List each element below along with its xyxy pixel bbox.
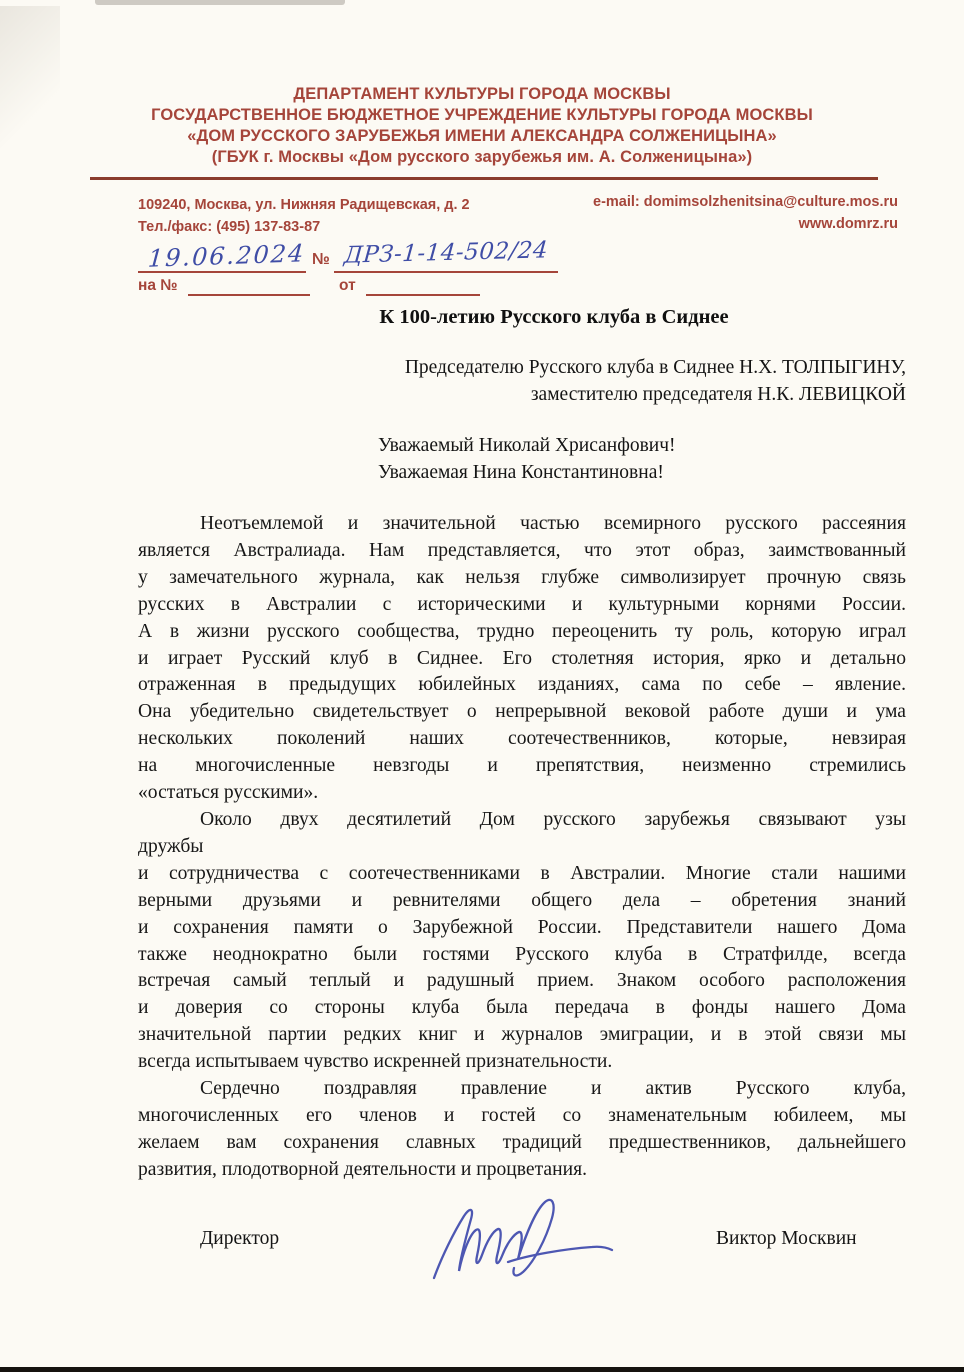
paragraph-3: Сердечно поздравляя правление и актив Ру… [138, 1076, 906, 1184]
body-line: Сердечно поздравляя правление и актив Ру… [138, 1076, 906, 1103]
salutation-line: Уважаемый Николай Хрисанфович! [378, 432, 676, 459]
body-line: отраженная в предыдущих юбилейных издани… [138, 672, 906, 699]
reply-to-label: на № [138, 277, 178, 295]
letter-body: Неотъемлемой и значительной частью всеми… [138, 511, 906, 1184]
body-line: также неоднократно были гостями Русского… [138, 942, 906, 969]
body-line: и сотрудничества с соотечественниками в … [138, 861, 906, 888]
salutation-block: Уважаемый Николай Хрисанфович!Уважаемая … [378, 432, 676, 486]
contact-block-right: e-mail: domimsolzhenitsina@culture.mos.r… [593, 191, 898, 235]
body-line: Неотъемлемой и значительной частью всеми… [138, 511, 906, 538]
body-line: желаем вам сохранения славных традиций п… [138, 1130, 906, 1157]
body-line: «остаться русскими». [138, 780, 906, 807]
letterhead-line: ДЕПАРТАМЕНТ КУЛЬТУРЫ ГОРОДА МОСКВЫ [0, 84, 964, 105]
addressee-line-2: заместителю председателя Н.К. ЛЕВИЦКОЙ [405, 381, 906, 408]
body-line: Она убедительно свидетельствует о непрер… [138, 699, 906, 726]
letterhead-line: ГОСУДАРСТВЕННОЕ БЮДЖЕТНОЕ УЧРЕЖДЕНИЕ КУЛ… [0, 105, 964, 126]
addressee-block: Председателю Русского клуба в Сиднее Н.Х… [405, 354, 906, 408]
addressee-line-1: Председателю Русского клуба в Сиднее Н.Х… [405, 354, 906, 381]
phone-fax: Тел./факс: (495) 137-83-87 [138, 216, 470, 238]
body-line: и сохранения памяти о Зарубежной России.… [138, 915, 906, 942]
body-line: Около двух десятилетий Дом русского зару… [138, 807, 906, 834]
body-line: дружбы [138, 834, 906, 861]
contact-block-left: 109240, Москва, ул. Нижняя Радищевская, … [138, 194, 470, 238]
salutation-line: Уважаемая Нина Константиновна! [378, 459, 676, 486]
body-line: у замечательного журнала, как нельзя глу… [138, 565, 906, 592]
signer-name: Виктор Москвин [716, 1228, 857, 1250]
handwritten-date: 19.06.2024 [147, 239, 306, 273]
number-underline [334, 271, 558, 273]
body-line: встречая самый теплый и радушный прием. … [138, 968, 906, 995]
body-line: и доверия со стороны клуба была передача… [138, 995, 906, 1022]
email-address: e-mail: domimsolzhenitsina@culture.mos.r… [593, 191, 898, 213]
website-address: www.domrz.ru [593, 213, 898, 235]
postal-address: 109240, Москва, ул. Нижняя Радищевская, … [138, 194, 470, 216]
body-line: всегда испытываем чувство искренней приз… [138, 1049, 906, 1076]
body-line: значительной партии редких книг и журнал… [138, 1022, 906, 1049]
body-line: русских в Австралии с историческими и ку… [138, 592, 906, 619]
body-line: нескольких поколений наших соотечественн… [138, 726, 906, 753]
reply-date-underline [366, 294, 480, 296]
paragraph-2: Около двух десятилетий Дом русского зару… [138, 807, 906, 1076]
body-line: является Австралиада. Нам представляется… [138, 538, 906, 565]
letter-title: К 100-летию Русского клуба в Сиднее [138, 306, 906, 329]
body-line: А в жизни русского сообщества, трудно пе… [138, 619, 906, 646]
body-line: развития, плодотворной деятельности и пр… [138, 1157, 906, 1184]
letterhead-divider [90, 177, 878, 180]
body-line: и играет Русский клуб в Сиднее. Его стол… [138, 646, 906, 673]
paragraph-1: Неотъемлемой и значительной частью всеми… [138, 511, 906, 807]
scanned-letter-page: ДЕПАРТАМЕНТ КУЛЬТУРЫ ГОРОДА МОСКВЫГОСУДА… [0, 0, 964, 1372]
body-line: верными друзьями и ревнителями общего де… [138, 888, 906, 915]
signer-position: Директор [200, 1228, 279, 1250]
letterhead: ДЕПАРТАМЕНТ КУЛЬТУРЫ ГОРОДА МОСКВЫГОСУДА… [0, 84, 964, 168]
number-sign-label: № [312, 251, 330, 269]
body-line: на многочисленные невзгоды и препятствия… [138, 753, 906, 780]
letterhead-line: «ДОМ РУССКОГО ЗАРУБЕЖЬЯ ИМЕНИ АЛЕКСАНДРА… [0, 126, 964, 147]
signature-ink-icon [424, 1192, 639, 1287]
scan-artifact-top [95, 0, 345, 5]
letterhead-line: (ГБУК г. Москвы «Дом русского зарубежья … [0, 147, 964, 168]
reply-date-label: от [339, 277, 356, 295]
reply-number-underline [188, 294, 310, 296]
scan-edge-bottom [0, 1367, 964, 1372]
handwritten-number: ДРЗ-1-14-502/24 [343, 237, 549, 268]
body-line: многочисленных его членов и гостей со зн… [138, 1103, 906, 1130]
